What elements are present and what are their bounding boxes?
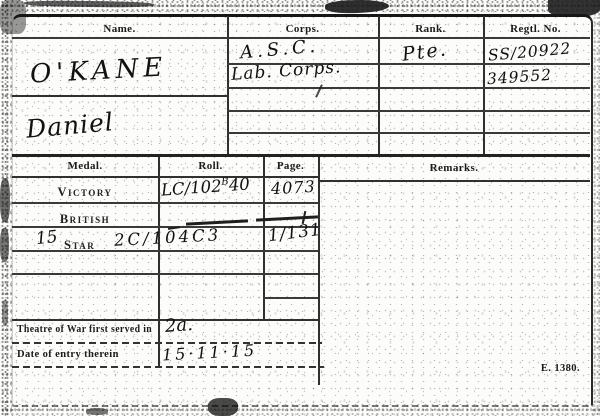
theatre-value-handwritten: 2a. [164,316,193,336]
rule-row [227,87,590,89]
rule-row [227,110,590,112]
rule-row [227,132,590,134]
divider-medal-roll [158,155,160,367]
name-column-label: Name. [12,23,227,35]
rule-row [12,250,318,252]
surname-handwritten: O'KANE [29,54,168,87]
scan-smudge [86,408,108,415]
rank-column-label: Rank. [378,23,483,35]
medal-victory-label: Victory [12,185,158,200]
rule-row [12,273,318,275]
rule-remarks-header [318,180,590,182]
medal-index-card-scan: Name. Corps. Rank. Regtl. No. Medal. Rol… [0,0,600,416]
theatre-of-war-label: Theatre of War first served in [17,324,152,335]
form-number: E. 1380. [500,363,580,374]
scan-noise-right [592,0,600,416]
rule-theatre-mid [12,342,322,344]
divider-roll-page [263,155,265,320]
divider-page-remarks [318,155,320,385]
rule-row [263,297,318,299]
page-column-label: Page. [263,160,318,172]
victory-page-handwritten: 4073 [271,179,316,197]
scan-smudge [0,178,10,222]
forename-handwritten: Daniel [25,109,115,142]
rule-theatre-bottom [12,366,324,368]
roll-column-label: Roll. [158,160,263,172]
date-of-entry-label: Date of entry therein [17,349,119,360]
rule-row [12,202,318,204]
scan-smudge [0,228,9,262]
rule-section [12,154,590,157]
rule-name-row [12,95,227,97]
medal-british-label: British [12,212,158,227]
corps-column-label: Corps. [227,23,378,35]
medal-column-label: Medal. [12,160,158,172]
scan-smudge [2,300,8,326]
victory-roll-rest: 40 [228,174,250,194]
regtl-no-column-label: Regtl. No. [483,23,588,35]
medal-star-15-handwritten: 15 [35,229,58,248]
medal-star-label: Star [64,238,95,253]
rule-medal-header [12,176,318,178]
remarks-label: Remarks. [318,162,590,174]
